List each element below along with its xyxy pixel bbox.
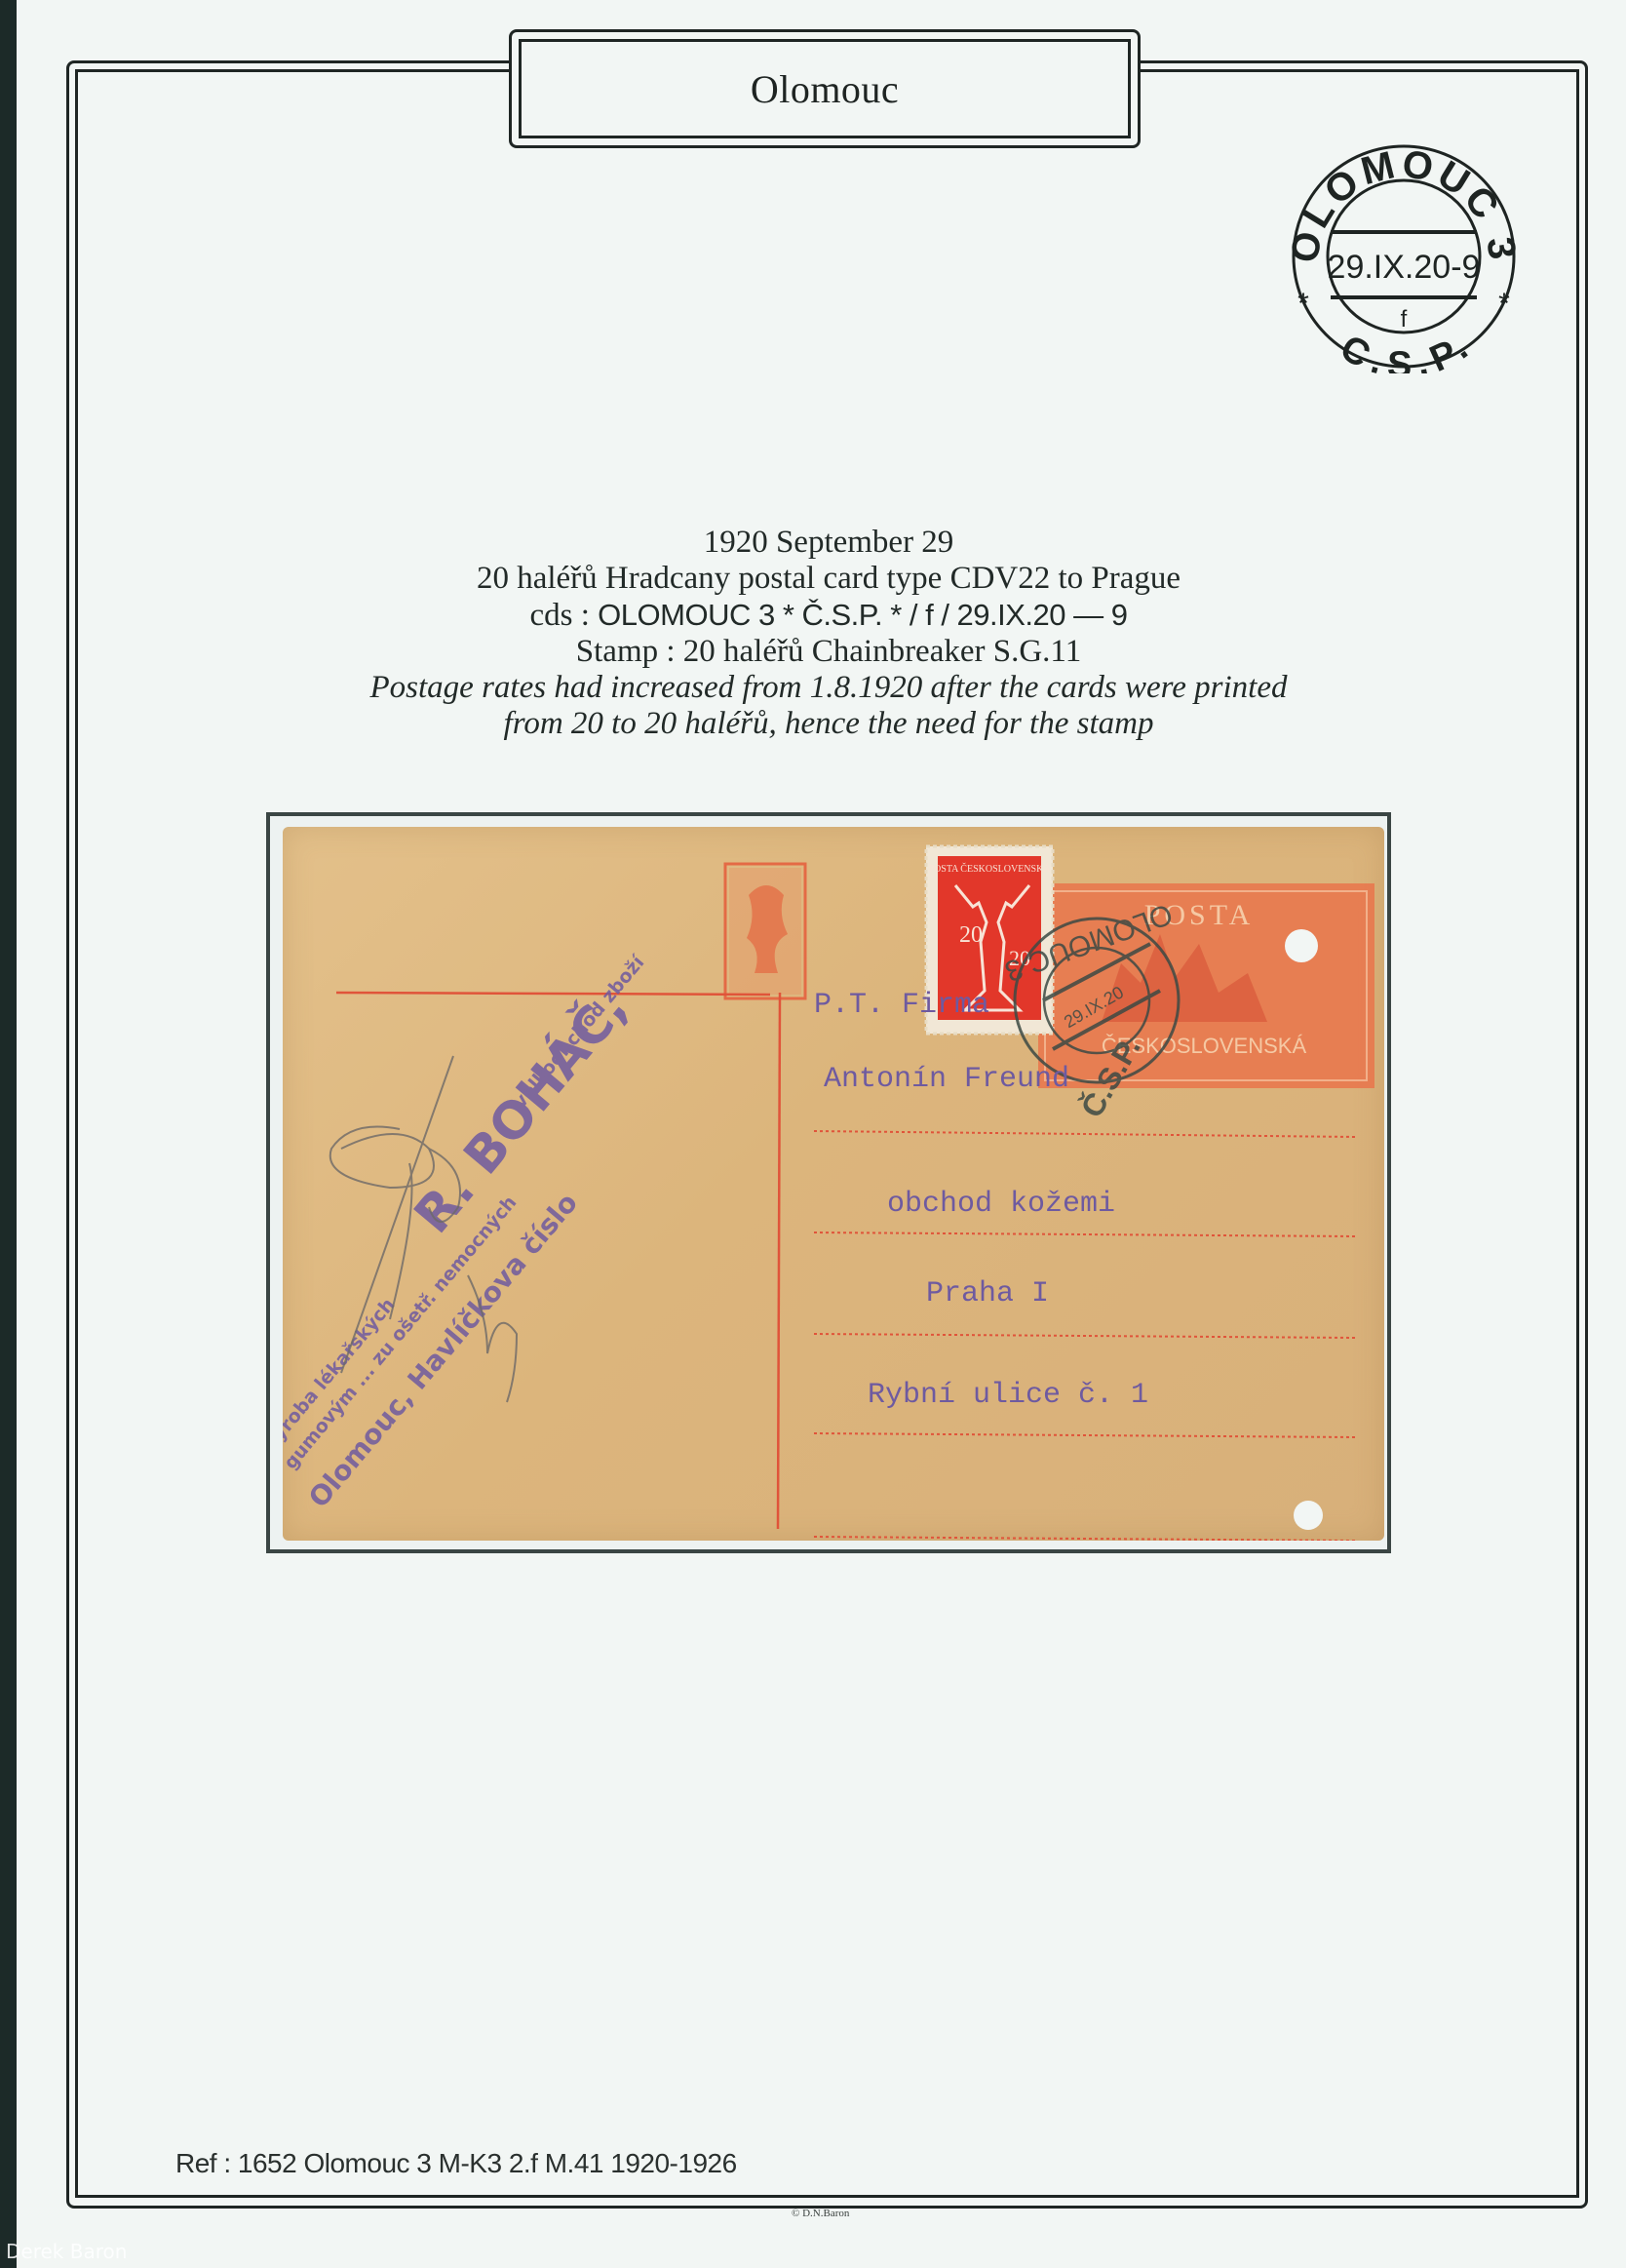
postmark-star-left: * [1297,288,1309,320]
watermark: Derek Baron [6,2240,127,2263]
svg-text:POSTA ČESKOSLOVENSKÁ: POSTA ČESKOSLOVENSKÁ [928,863,1051,875]
postmark-star-right: * [1498,288,1510,320]
address-line-4: Praha I [926,1277,1049,1310]
item-description: 1920 September 29 20 haléřů Hradcany pos… [195,525,1462,742]
postmark-town: OLOMOUC 3 [1287,142,1521,266]
title-box-inner: Olomouc [519,39,1131,138]
scan-edge-strip [0,0,17,2268]
sender-handstamp: R. BOHÁČ, velkoobchod zboží výroba lékař… [283,951,649,1513]
postcard-image: POSTA ČESKOSLOVENSKÁ POSTA ČESKOSLOVENSK… [283,827,1384,1541]
center-divider [778,993,780,1529]
postmark-index: f [1401,306,1408,332]
address-line-3: obchod kožemi [887,1188,1115,1221]
page-title: Olomouc [751,66,899,112]
svg-text:20: 20 [959,922,983,948]
address-line-2: Antonín Freund [824,1063,1069,1096]
address-line-5: Rybní ulice č. 1 [868,1379,1148,1412]
caption-note-2: from 20 to 20 haléřů, hence the need for… [195,706,1462,742]
caption-date: 1920 September 29 [195,525,1462,561]
postmark-date: 29.IX.20-9 [1328,249,1481,286]
imprinted-stamp-hradcany: POSTA ČESKOSLOVENSKÁ [1038,883,1374,1088]
caption-card-type: 20 haléřů Hradcany postal card type CDV2… [195,561,1462,597]
lion-imprint [725,864,805,998]
caption-stamp: Stamp : 20 haléřů Chainbreaker S.G.11 [195,634,1462,670]
message-rule [336,993,770,995]
catalogue-reference: Ref : 1652 Olomouc 3 M-K3 2.f M.41 1920-… [175,2148,737,2179]
copyright-note: © D.N.Baron [792,2208,849,2219]
svg-text:OLOMOUC 3: OLOMOUC 3 [1287,142,1521,266]
caption-cds-value: OLOMOUC 3 * Č.S.P. * / f / 29.IX.20 — 9 [598,598,1127,632]
punch-hole [1294,1501,1323,1530]
caption-cds: cds : OLOMOUC 3 * Č.S.P. * / f / 29.IX.2… [195,597,1462,634]
address-line-1: P.T. Firma [814,989,989,1022]
caption-note-1: Postage rates had increased from 1.8.192… [195,670,1462,706]
caption-cds-label: cds : [530,598,599,633]
postmark-illustration: OLOMOUC 3 C.S.P. 29.IX.20-9 f * * [1287,139,1521,373]
